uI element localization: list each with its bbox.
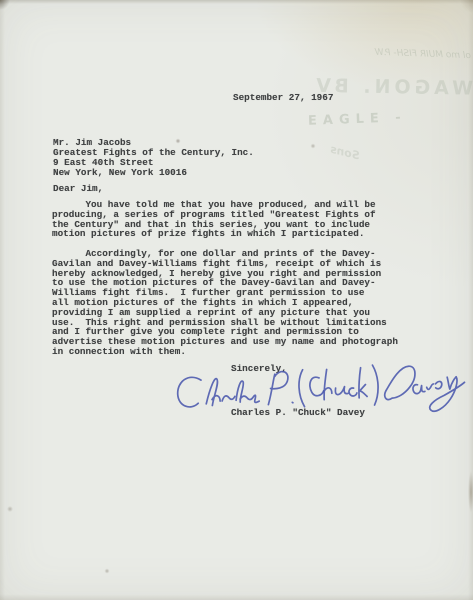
- date-line: September 27, 1967: [233, 93, 333, 103]
- show-through-line-3: EAGLE -: [308, 110, 407, 128]
- recipient-address: Mr. Jim Jacobs Greatest Fights of the Ce…: [53, 138, 254, 178]
- letter-scan: ol mo MUIR FISH- P.W WAGON. BV EAGLE - S…: [0, 0, 473, 600]
- typed-signature-name: Charles P. "Chuck" Davey: [231, 408, 365, 418]
- show-through-line-4: Sons: [329, 143, 361, 163]
- salutation: Dear Jim,: [53, 184, 103, 194]
- body-paragraph-1: You have told me that you have produced,…: [52, 200, 376, 239]
- signature-autograph: Charles P. (Chuck) Davey: [166, 354, 469, 438]
- show-through-line-1: ol mo MUIR FISH- P.W: [293, 45, 471, 61]
- body-paragraph-2: Accordingly, for one dollar and prints o…: [52, 249, 398, 357]
